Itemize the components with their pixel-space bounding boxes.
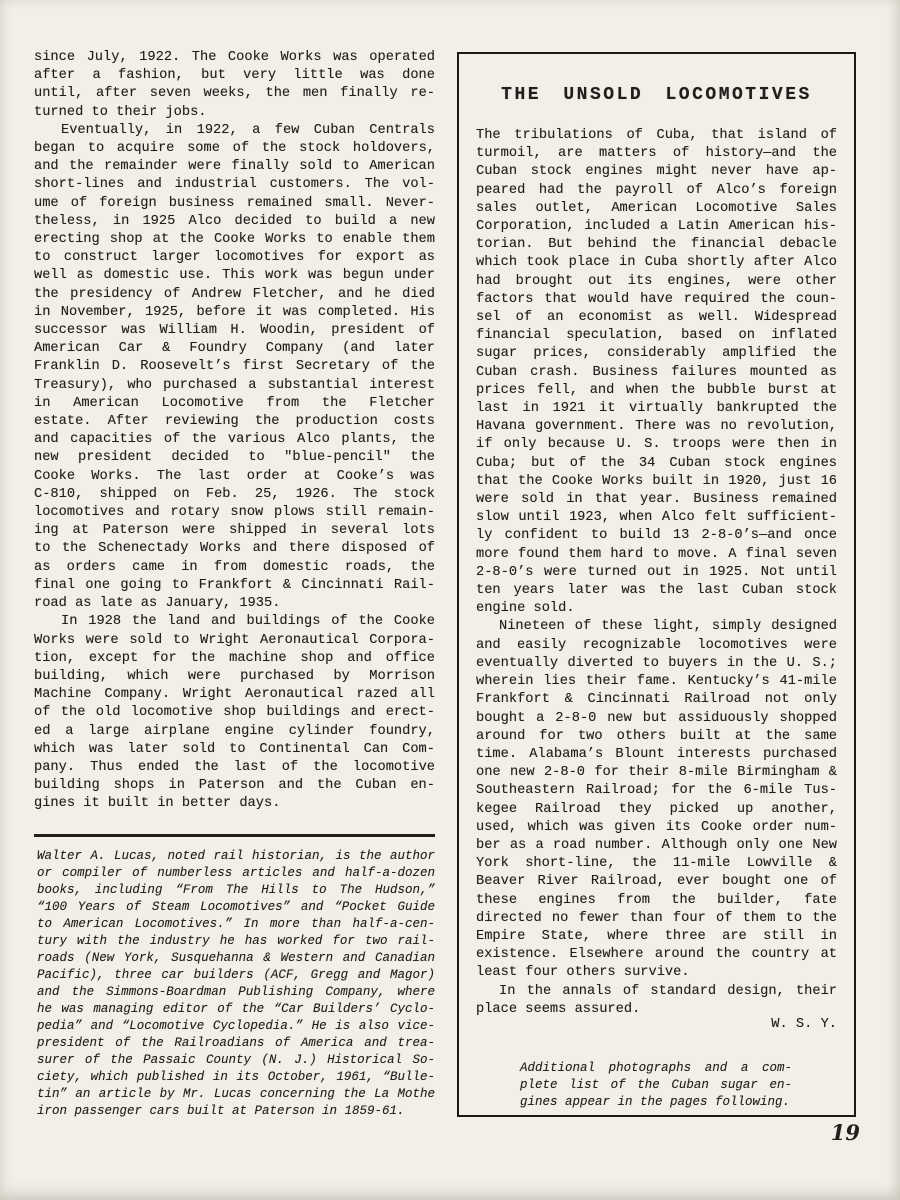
- text-line: these engines from the builder, fate: [476, 892, 837, 910]
- text-line: Walter A. Lucas, noted rail historian, i…: [37, 848, 435, 865]
- text-line: torian. But behind the financial debacle: [476, 236, 837, 254]
- text-line: gines it built in better days.: [34, 795, 435, 813]
- text-line: if only because U. S. troops were then i…: [476, 436, 837, 454]
- text-line: of the old locomotive shop buildings and…: [34, 704, 435, 722]
- text-line: Machine Company. Wright Aeronautical raz…: [34, 686, 435, 704]
- text-line: directed no fewer than four of them to t…: [476, 910, 837, 928]
- text-line: new president decided to "blue-pencil" t…: [34, 449, 435, 467]
- sidebar-paragraph: Nineteen of these light, simply designed…: [476, 618, 837, 982]
- text-line: Corporation, included a Latin American h…: [476, 218, 837, 236]
- text-line: “100 Years of Steam Locomotives” and “Po…: [37, 899, 435, 916]
- text-line: tury with the industry he has worked for…: [37, 933, 435, 950]
- text-line: around for two others built at the same: [476, 728, 837, 746]
- text-line: more found them hard to move. A final se…: [476, 546, 837, 564]
- text-line: president of the Railroadians of America…: [37, 1035, 435, 1052]
- text-line: 2-8-0’s were turned out in 1925. Not unt…: [476, 564, 837, 582]
- text-line: one new 2-8-0 for their 8-mile Birmingha…: [476, 764, 837, 782]
- text-line: erecting shop at the Cooke Works to enab…: [34, 231, 435, 249]
- text-line: eventually diverted to buyers in the U. …: [476, 655, 837, 673]
- text-line: Beaver River Railroad, ever bought one o…: [476, 873, 837, 891]
- text-line: Cuban stock engines might never have ap-: [476, 163, 837, 181]
- page-number: 19: [831, 1120, 860, 1145]
- text-line: and the Simmons-Boardman Publishing Comp…: [37, 984, 435, 1001]
- text-line: roads (New York, Susquehanna & Western a…: [37, 950, 435, 967]
- text-line: financial speculation, based on inflated: [476, 327, 837, 345]
- text-line: began to acquire some of the stock holdo…: [34, 140, 435, 158]
- text-line: estate. After reviewing the production c…: [34, 413, 435, 431]
- text-line: to construct larger locomotives for expo…: [34, 249, 435, 267]
- text-line: which was later sold to Continental Can …: [34, 741, 435, 759]
- text-line: that the Cooke Works built in 1920, just…: [476, 473, 837, 491]
- text-line: building, which were purchased by Morris…: [34, 668, 435, 686]
- text-line: In 1928 the land and buildings of the Co…: [34, 613, 435, 631]
- text-line: sel of an economist as well. Widespread: [476, 309, 837, 327]
- text-line: tin” an article by Mr. Lucas concerning …: [37, 1086, 435, 1103]
- text-line: tion, except for the machine shop and of…: [34, 650, 435, 668]
- text-line: plete list of the Cuban sugar en-: [520, 1077, 792, 1094]
- text-line: Treasury), who purchased a substantial i…: [34, 377, 435, 395]
- text-line: surer of the Passaic County (N. J.) Hist…: [37, 1052, 435, 1069]
- body-paragraph: Eventually, in 1922, a few Cuban Central…: [34, 122, 435, 613]
- text-line: he was managing editor of the “Car Build…: [37, 1001, 435, 1018]
- text-line: time. Alabama’s Blount interests purchas…: [476, 746, 837, 764]
- text-line: Works were sold to Wright Aeronautical C…: [34, 632, 435, 650]
- text-line: final one going to Frankfort & Cincinnat…: [34, 577, 435, 595]
- text-line: Southeastern Railroad; for the 6-mile Tu…: [476, 782, 837, 800]
- text-line: ing at Paterson were shipped in several …: [34, 522, 435, 540]
- text-line: existence. Elsewhere around the country …: [476, 946, 837, 964]
- sidebar-title: THE UNSOLD LOCOMOTIVES: [476, 85, 837, 105]
- left-column-body: since July, 1922. The Cooke Works was op…: [34, 49, 435, 814]
- text-line: engine sold.: [476, 600, 837, 618]
- left-column: since July, 1922. The Cooke Works was op…: [34, 49, 435, 1120]
- text-line: to American Locomotives.” In more than h…: [37, 916, 435, 933]
- text-line: peared had the payroll of Alco’s foreign: [476, 182, 837, 200]
- text-line: factors that would have required the cou…: [476, 291, 837, 309]
- section-divider-rule: [34, 834, 435, 837]
- text-line: which took place in Cuba shortly after A…: [476, 254, 837, 272]
- text-line: had brought out its engines, were other: [476, 273, 837, 291]
- text-line: Eventually, in 1922, a few Cuban Central…: [34, 122, 435, 140]
- text-line: bought a 2-8-0 new but assiduously shopp…: [476, 710, 837, 728]
- text-line: road as late as January, 1935.: [34, 595, 435, 613]
- text-line: pedia” and “Locomotive Cyclopedia.” He i…: [37, 1018, 435, 1035]
- text-line: ume of foreign business remained small. …: [34, 195, 435, 213]
- text-line: iron passenger cars built at Paterson in…: [37, 1103, 435, 1120]
- text-line: and capacities of the various Alco plant…: [34, 431, 435, 449]
- text-line: were sold in that year. Business remaine…: [476, 491, 837, 509]
- body-paragraph: since July, 1922. The Cooke Works was op…: [34, 49, 435, 122]
- text-line: last in 1921 it virtually bankrupted the: [476, 400, 837, 418]
- text-line: Cuban crash. Business failures mounted a…: [476, 364, 837, 382]
- text-line: used, which was given its Cooke order nu…: [476, 819, 837, 837]
- text-line: The tribulations of Cuba, that island of: [476, 127, 837, 145]
- text-line: successor was William H. Woodin, preside…: [34, 322, 435, 340]
- text-line: Havana government. There was no revoluti…: [476, 418, 837, 436]
- text-line: theless, in 1925 Alco decided to build a…: [34, 213, 435, 231]
- text-line: books, including “From The Hills to The …: [37, 882, 435, 899]
- text-line: In the annals of standard design, their: [476, 983, 837, 1001]
- text-line: the presidency of Andrew Fletcher, and h…: [34, 286, 435, 304]
- sidebar-paragraph: The tribulations of Cuba, that island of…: [476, 127, 837, 618]
- text-line: ten years later was the last Cuban stock: [476, 582, 837, 600]
- text-line: Cuba; but of the 34 Cuban stock engines: [476, 455, 837, 473]
- text-line: until, after seven weeks, the men finall…: [34, 85, 435, 103]
- text-line: in November, 1925, before it was complet…: [34, 304, 435, 322]
- text-line: kegee Railroad they picked up another,: [476, 801, 837, 819]
- text-line: as orders came in from domestic roads, t…: [34, 559, 435, 577]
- text-line: Nineteen of these light, simply designed: [476, 618, 837, 636]
- text-line: ly confident to build 13 2-8-0’s—and onc…: [476, 527, 837, 545]
- text-line: ciety, which published in its October, 1…: [37, 1069, 435, 1086]
- text-line: gines appear in the pages following.: [520, 1094, 792, 1111]
- text-line: Cooke Works. The last order at Cooke’s w…: [34, 468, 435, 486]
- author-bio: Walter A. Lucas, noted rail historian, i…: [37, 848, 435, 1120]
- text-line: pany. Thus ended the last of the locomot…: [34, 759, 435, 777]
- text-line: Franklin D. Roosevelt’s first Secretary …: [34, 358, 435, 376]
- body-paragraph: In 1928 the land and buildings of the Co…: [34, 613, 435, 813]
- text-line: since July, 1922. The Cooke Works was op…: [34, 49, 435, 67]
- text-line: slow until 1923, when Alco felt sufficie…: [476, 509, 837, 527]
- text-line: short-lines and industrial customers. Th…: [34, 176, 435, 194]
- text-line: York short-line, the 11-mile Lowville &: [476, 855, 837, 873]
- text-line: to the Schenectady Works and there dispo…: [34, 540, 435, 558]
- sidebar-paragraph: In the annals of standard design, theirp…: [476, 983, 837, 1019]
- text-line: ber as a road number. Although only one …: [476, 837, 837, 855]
- text-line: turned to their jobs.: [34, 104, 435, 122]
- text-line: well as domestic use. This work was begu…: [34, 267, 435, 285]
- sidebar-body: The tribulations of Cuba, that island of…: [476, 127, 837, 1019]
- sidebar-note: Additional photographs and a com-plete l…: [520, 1060, 792, 1110]
- text-line: sales outlet, American Locomotive Sales: [476, 200, 837, 218]
- text-line: Empire State, where three are still in: [476, 928, 837, 946]
- text-line: in American Locomotive from the Fletcher: [34, 395, 435, 413]
- text-line: Additional photographs and a com-: [520, 1060, 792, 1077]
- text-line: or compiler of numberless articles and h…: [37, 865, 435, 882]
- text-line: building shops in Paterson and the Cuban…: [34, 777, 435, 795]
- text-line: Pacific), three car builders (ACF, Gregg…: [37, 967, 435, 984]
- text-line: sugar prices, considerably amplified the: [476, 345, 837, 363]
- text-line: locomotives and rotary snow plows still …: [34, 504, 435, 522]
- sidebar-content: THE UNSOLD LOCOMOTIVES The tribulations …: [459, 85, 854, 1110]
- text-line: and the remainder were finally sold to A…: [34, 158, 435, 176]
- text-line: and easily recognizable locomotives were: [476, 637, 837, 655]
- text-line: prices fell, and when the bubble burst a…: [476, 382, 837, 400]
- text-line: after a fashion, but very little was don…: [34, 67, 435, 85]
- text-line: turmoil, are matters of history—and the: [476, 145, 837, 163]
- text-line: wherein lies their fame. Kentucky’s 41-m…: [476, 673, 837, 691]
- text-line: American Car & Foundry Company (and late…: [34, 340, 435, 358]
- text-line: least four others survive.: [476, 964, 837, 982]
- text-line: Frankfort & Cincinnati Railroad not only: [476, 691, 837, 709]
- text-line: ed a large airplane engine cylinder foun…: [34, 723, 435, 741]
- sidebar-box: THE UNSOLD LOCOMOTIVES The tribulations …: [457, 52, 856, 1117]
- scanned-document-page: since July, 1922. The Cooke Works was op…: [0, 0, 900, 1200]
- text-line: C-810, shipped on Feb. 25, 1926. The sto…: [34, 486, 435, 504]
